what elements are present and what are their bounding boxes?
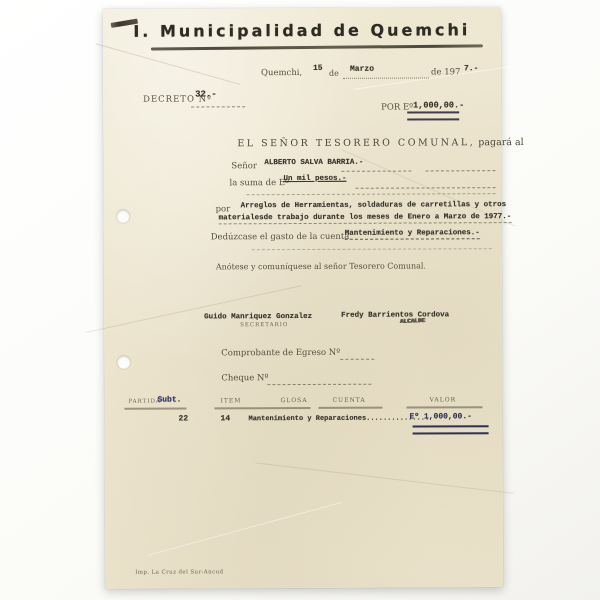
por-amount-value: 1,000,00.- — [413, 100, 464, 110]
dateline-month: Marzo — [350, 65, 374, 74]
table-header-rule — [124, 407, 186, 410]
punch-hole — [117, 210, 130, 223]
fill-line — [341, 170, 411, 172]
table-header-rule — [214, 406, 310, 409]
dateline-day: 15 — [313, 64, 323, 73]
table-row-valor: Eº 1,000,00.- — [410, 412, 472, 421]
signature-right-title: ALCALDE — [400, 317, 425, 325]
dateline-de: de — [329, 69, 339, 78]
decreto-value: 32.- — [195, 89, 217, 99]
fill-line — [425, 169, 495, 171]
por-label: por — [216, 204, 231, 214]
signature-left-name: Guido Manriquez Gonzalez — [204, 313, 312, 321]
punch-hole — [117, 356, 130, 369]
table-header-valor: VALOR — [429, 396, 456, 403]
table-header-item: ITEM — [220, 397, 241, 404]
signature-right-name: Fredy Barrientos Cordova — [341, 311, 449, 319]
por-line1: Arreglos de Herramientas, soldaduras de … — [241, 201, 507, 210]
table-row-subt: 22 — [179, 415, 189, 424]
table-header-cuenta: CUENTA — [332, 397, 365, 404]
table-header-rule — [318, 406, 382, 409]
fill-line — [191, 105, 245, 107]
photo-background: I. Municipalidad de Quemchi Quemchi, 15 … — [0, 0, 600, 600]
comprobante-label: Comprobante de Egreso Nº — [221, 348, 340, 359]
senor-value: ALBERTO SALVA BARRIA.- — [264, 159, 363, 167]
body-heading: EL SEÑOR TESORERO COMUNAL, pagará al — [237, 137, 523, 149]
table-header-partida: PARTIDA — [128, 399, 160, 405]
deduzcase-value: Mantenimiento y Reparaciones.- — [345, 229, 480, 240]
signature-left-title: SECRETARIO — [240, 322, 288, 328]
anotese-line: Anótese y comuníquese al señor Tesorero … — [216, 261, 426, 271]
table-header-subt-stamp: Subt. — [157, 396, 181, 405]
suma-label: la suma de Eº — [229, 178, 289, 188]
cheque-label: Cheque Nº — [221, 373, 268, 383]
senor-label: Señor — [231, 161, 257, 171]
por-line2: materialesde trabajo durante los meses d… — [219, 213, 512, 224]
body-heading-tail: pagará al — [478, 137, 523, 148]
table-row-valor-underline — [413, 425, 489, 434]
fill-line — [340, 358, 374, 360]
table-header-glosa: GLOSA — [280, 397, 307, 404]
suma-value: Un mil pesos.- — [283, 175, 346, 183]
fill-line — [343, 76, 429, 78]
fill-line — [356, 186, 496, 189]
table-row-item: 14 — [221, 414, 231, 423]
fill-line — [267, 383, 371, 385]
fill-line — [252, 247, 492, 250]
dateline-place: Quemchi, — [261, 68, 302, 78]
table-header-rule — [406, 405, 482, 408]
dateline-de-197: de 197 — [431, 67, 460, 77]
table-row-glosa: Mantenimiento y Reparaciones............… — [249, 414, 430, 423]
dateline-year: 7.- — [464, 64, 478, 73]
paper-crease — [256, 462, 514, 494]
letterhead-title: I. Municipalidad de Quemchi — [103, 20, 501, 41]
letterhead-rule — [151, 44, 483, 50]
fill-line — [247, 192, 496, 195]
paper-crease — [148, 502, 341, 556]
document-page: I. Municipalidad de Quemchi Quemchi, 15 … — [103, 7, 504, 589]
printer-imprint: Imp. La Cruz del Sur-Ancud — [135, 569, 223, 575]
deduzcase-label: Dedúzcase el gasto de la cuenta — [211, 232, 350, 243]
amount-underline — [407, 111, 459, 120]
body-heading-caps: EL SEÑOR TESORERO COMUNAL, — [237, 137, 475, 149]
